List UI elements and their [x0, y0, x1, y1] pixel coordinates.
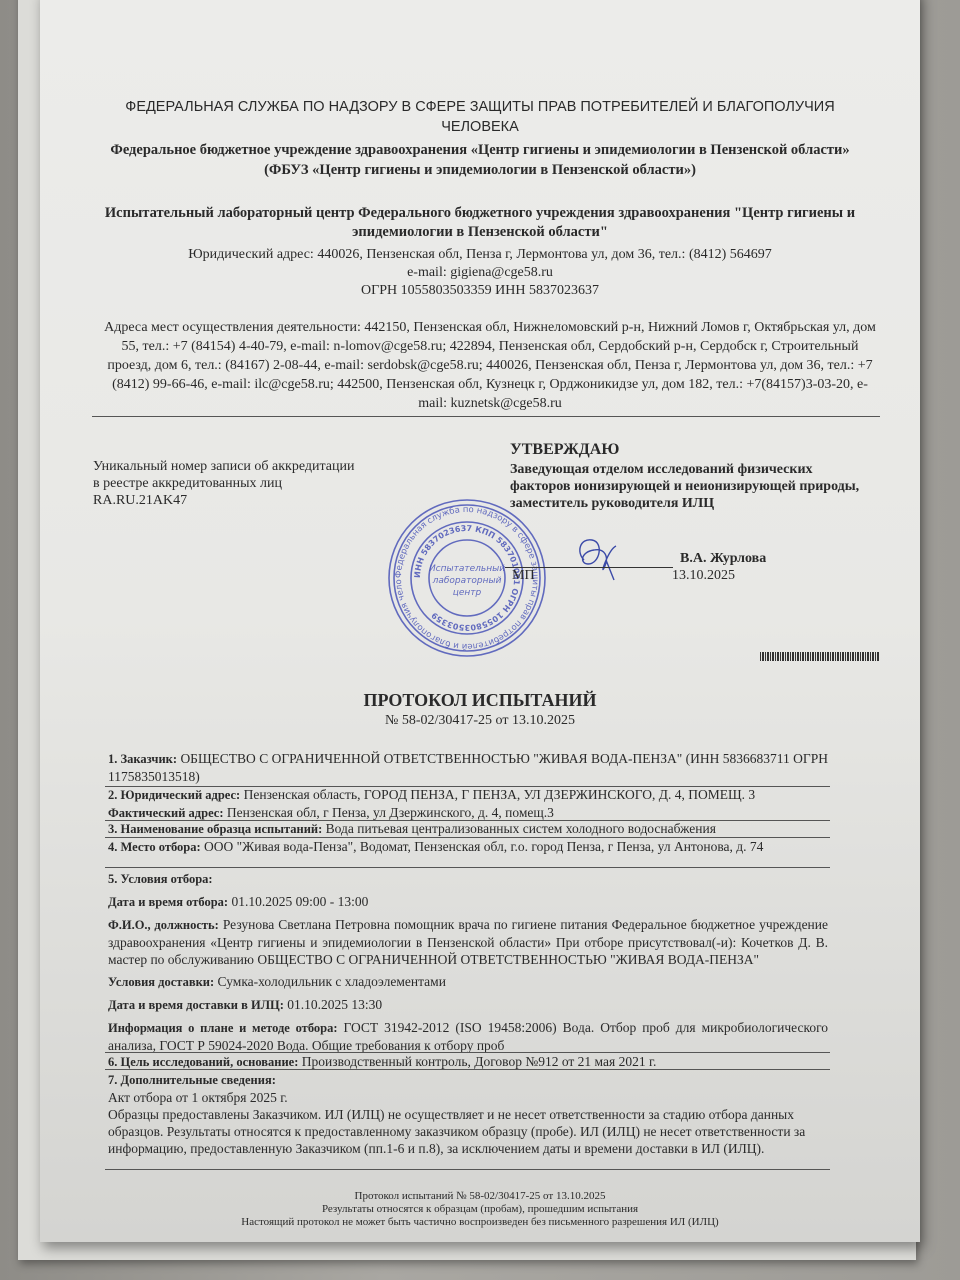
activity-addresses: Адреса мест осуществления деятельности: … [100, 318, 880, 413]
divider [105, 867, 830, 868]
signer-name: В.А. Журлова [680, 551, 766, 567]
divider [105, 1169, 830, 1170]
approval-title: УТВЕРЖДАЮ [510, 441, 870, 458]
section-legal-address: 2. Юридический адрес: Пензенская область… [108, 786, 828, 822]
protocol-title: ПРОТОКОЛ ИСПЫТАНИЙ [100, 690, 860, 711]
ogrn-inn: ОГРН 1055803503359 ИНН 5837023637 [100, 282, 860, 300]
institution-name: Федеральное бюджетное учреждение здравоо… [100, 140, 860, 160]
divider [105, 1069, 830, 1070]
page-footer: Протокол испытаний № 58-02/30417-25 от 1… [100, 1190, 860, 1229]
footer-line2: Результаты относятся к образцам (пробам)… [100, 1203, 860, 1216]
approval-block: УТВЕРЖДАЮ Заведующая отделом исследовани… [510, 441, 870, 512]
section-sampling-conditions: 5. Условия отбора: Дата и время отбора: … [108, 870, 828, 1054]
accreditation-line2: в реестре аккредитованных лиц [93, 475, 354, 492]
accreditation-line1: Уникальный номер записи об аккредитации [93, 458, 354, 475]
accreditation-block: Уникальный номер записи об аккредитации … [93, 458, 354, 509]
institution-header: Федеральное бюджетное учреждение здравоо… [100, 140, 860, 180]
accreditation-number: RA.RU.21AK47 [93, 492, 354, 509]
protocol-number: № 58-02/30417-25 от 13.10.2025 [100, 713, 860, 729]
seal-label: МП [512, 568, 535, 584]
legal-address-block: Юридический адрес: 440026, Пензенская об… [100, 246, 860, 300]
svg-text:центр: центр [453, 588, 482, 598]
approval-date: 13.10.2025 [672, 568, 735, 584]
footer-line1: Протокол испытаний № 58-02/30417-25 от 1… [100, 1190, 860, 1203]
lab-header: Испытательный лабораторный центр Федерал… [100, 204, 860, 242]
svg-text:лабораторный: лабораторный [432, 576, 502, 586]
section-sample-name: 3. Наименование образца испытаний: Вода … [108, 820, 828, 838]
footer-line3: Настоящий протокол не может быть частичн… [100, 1216, 860, 1229]
signature-icon [570, 530, 630, 585]
section-additional-info: 7. Дополнительные сведения: Акт отбора о… [108, 1071, 828, 1157]
approver-position: Заведующая отделом исследований физическ… [510, 461, 870, 512]
legal-address: Юридический адрес: 440026, Пензенская об… [100, 246, 860, 264]
header-divider [92, 416, 880, 417]
section-customer: 1. Заказчик: ОБЩЕСТВО С ОГРАНИЧЕННОЙ ОТВ… [108, 750, 828, 785]
agency-header: ФЕДЕРАЛЬНАЯ СЛУЖБА ПО НАДЗОРУ В СФЕРЕ ЗА… [100, 97, 860, 137]
barcode-icon [760, 652, 880, 661]
svg-text:Испытательный: Испытательный [429, 564, 505, 574]
email: e-mail: gigiena@cge58.ru [100, 264, 860, 282]
section-sampling-place: 4. Место отбора: ООО "Живая вода-Пенза",… [108, 838, 828, 856]
institution-short-name: (ФБУЗ «Центр гигиены и эпидемиологии в П… [100, 160, 860, 180]
